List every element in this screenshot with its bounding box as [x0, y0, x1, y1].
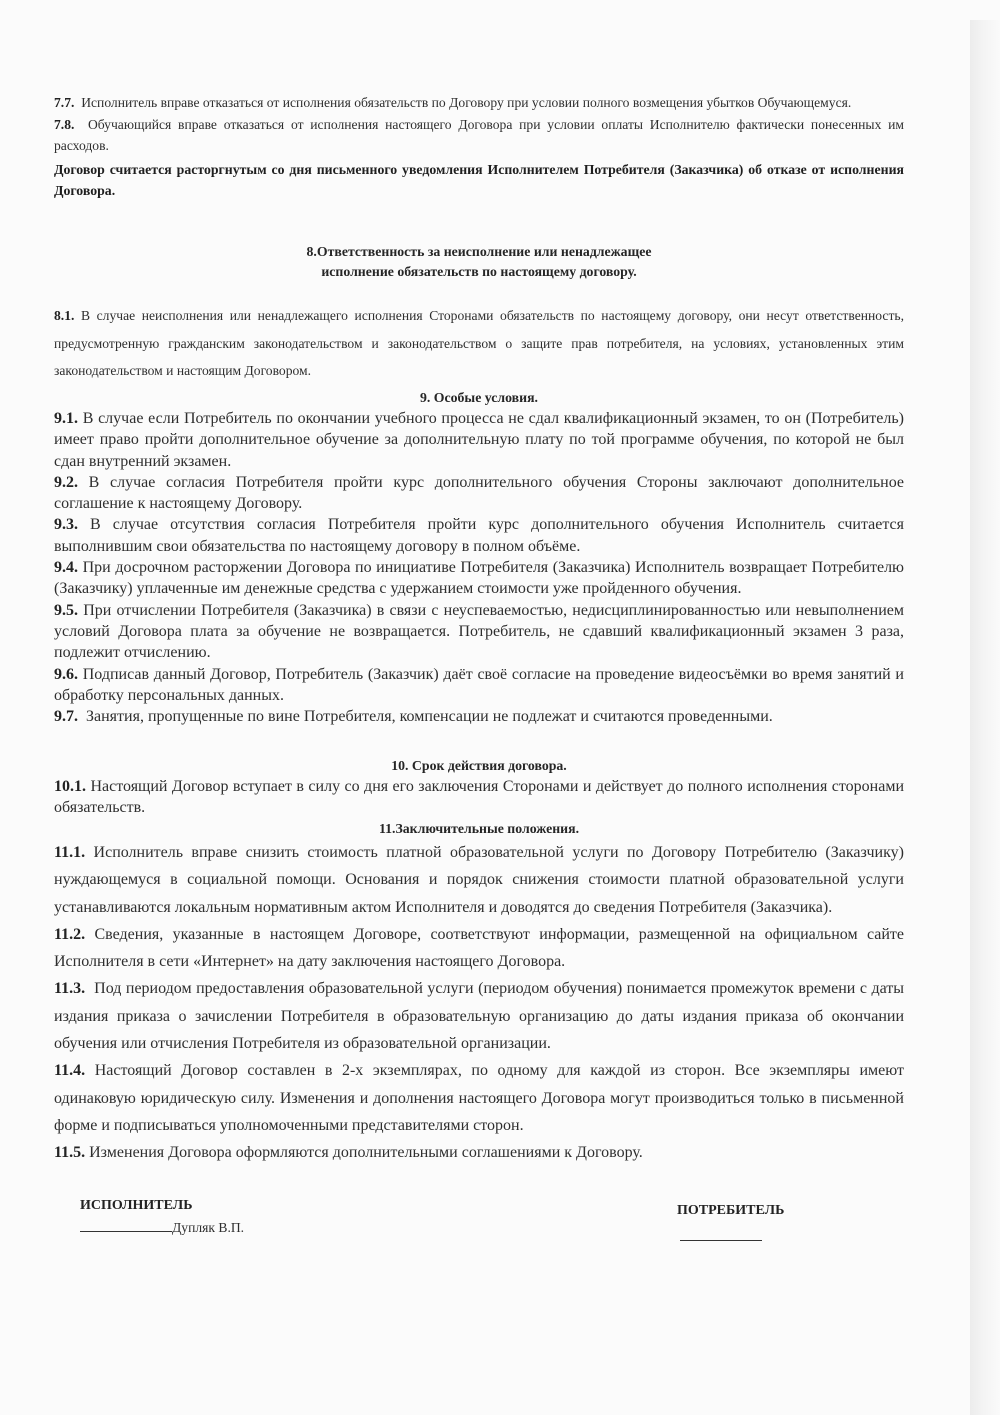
- consumer-title: ПОТРЕБИТЕЛЬ: [677, 1203, 784, 1219]
- scan-edge-shadow: [970, 20, 1000, 1415]
- consumer-signature-field[interactable]: [680, 1226, 762, 1241]
- clause-9-4: 9.4. При досрочном расторжении Договора …: [54, 557, 904, 600]
- section-9: 9. Особые условия. 9.1. В случае если По…: [54, 388, 904, 727]
- clause-text: При досрочном расторжении Договора по ин…: [54, 559, 904, 597]
- clause-text: Сведения, указанные в настоящем Договоре…: [54, 926, 904, 970]
- clause-9-6: 9.6. Подписав данный Договор, Потребител…: [54, 664, 904, 707]
- clause-11-2: 11.2. Сведения, указанные в настоящем До…: [54, 921, 904, 976]
- clause-11-5: 11.5. Изменения Договора оформляются доп…: [54, 1139, 904, 1166]
- clause-text: В случае неисполнения или ненадлежащего …: [54, 308, 904, 378]
- clause-number: 11.4.: [54, 1062, 85, 1079]
- executor-signature-line: Дупляк В.П.: [80, 1220, 244, 1236]
- clause-9-3: 9.3. В случае отсутствия согласия Потреб…: [54, 514, 904, 557]
- clause-number: 9.2.: [54, 474, 78, 491]
- clause-number: 11.3.: [54, 980, 85, 997]
- clause-text: Занятия, пропущенные по вине Потребителя…: [86, 708, 773, 725]
- clause-text: В случае отсутствия согласия Потребителя…: [54, 516, 904, 554]
- clause-number: 9.1.: [54, 410, 78, 427]
- clause-11-1: 11.1. Исполнитель вправе снизить стоимос…: [54, 839, 904, 921]
- section-11: 11.Заключительные положения. 11.1. Испол…: [54, 819, 904, 1167]
- clause-number: 8.1.: [54, 308, 74, 323]
- clause-11-3: 11.3. Под периодом предоставления образо…: [54, 975, 904, 1057]
- clause-number: 7.8.: [54, 117, 74, 132]
- clause-number: 9.6.: [54, 666, 78, 683]
- clause-10-1: 10.1. Настоящий Договор вступает в силу …: [54, 776, 904, 819]
- section-7: 7.7. Исполнитель вправе отказаться от ис…: [54, 92, 904, 202]
- clause-text: В случае если Потребитель по окончании у…: [54, 410, 904, 470]
- clause-text: Подписав данный Договор, Потребитель (За…: [54, 666, 904, 704]
- clause-text: Обучающийся вправе отказаться от исполне…: [54, 117, 904, 154]
- clause-number: 9.3.: [54, 516, 78, 533]
- clause-text: В случае согласия Потребителя пройти кур…: [54, 474, 904, 512]
- termination-note: Договор считается расторгнутым со дня пи…: [54, 159, 904, 202]
- clause-number: 7.7.: [54, 95, 74, 110]
- executor-title: ИСПОЛНИТЕЛЬ: [80, 1198, 192, 1214]
- clause-number: 11.5.: [54, 1144, 85, 1161]
- clause-9-1: 9.1. В случае если Потребитель по оконча…: [54, 408, 904, 472]
- clause-number: 10.1.: [54, 778, 86, 795]
- consumer-signature-line: [680, 1226, 762, 1245]
- clause-number: 9.7.: [54, 708, 78, 725]
- clause-9-7: 9.7. Занятия, пропущенные по вине Потреб…: [54, 706, 904, 727]
- clause-number: 9.4.: [54, 559, 78, 576]
- clause-text: Настоящий Договор составлен в 2-х экземп…: [54, 1062, 904, 1134]
- clause-9-2: 9.2. В случае согласия Потребителя пройт…: [54, 472, 904, 515]
- clause-text: Изменения Договора оформляются дополните…: [89, 1144, 643, 1161]
- clause-9-5: 9.5. При отчислении Потребителя (Заказчи…: [54, 600, 904, 664]
- clause-text: Исполнитель вправе снизить стоимость пла…: [54, 844, 904, 916]
- clause-text: Исполнитель вправе отказаться от исполне…: [81, 95, 851, 110]
- clause-number: 11.1.: [54, 844, 85, 861]
- section-11-heading: 11.Заключительные положения.: [54, 819, 904, 839]
- clause-11-4: 11.4. Настоящий Договор составлен в 2-х …: [54, 1057, 904, 1139]
- section-8-heading-line1: 8.Ответственность за неисполнение или не…: [54, 242, 904, 262]
- executor-signature-field[interactable]: [80, 1230, 172, 1232]
- clause-8-1: 8.1. В случае неисполнения или ненадлежа…: [54, 302, 904, 385]
- section-8-heading-line2: исполнение обязательств по настоящему до…: [54, 262, 904, 282]
- executor-name: Дупляк В.П.: [172, 1220, 244, 1235]
- clause-text: Настоящий Договор вступает в силу со дня…: [54, 778, 904, 816]
- section-8-body: 8.1. В случае неисполнения или ненадлежа…: [54, 302, 904, 385]
- section-8: 8.Ответственность за неисполнение или не…: [54, 242, 904, 282]
- clause-text: Под периодом предоставления образователь…: [54, 980, 904, 1052]
- section-10: 10. Срок действия договора. 10.1. Настоя…: [54, 756, 904, 819]
- clause-number: 11.2.: [54, 926, 85, 943]
- clause-7-8: 7.8. Обучающийся вправе отказаться от ис…: [54, 114, 904, 157]
- section-10-heading: 10. Срок действия договора.: [54, 756, 904, 776]
- section-9-heading: 9. Особые условия.: [54, 388, 904, 408]
- clause-number: 9.5.: [54, 602, 78, 619]
- document-page: 7.7. Исполнитель вправе отказаться от ис…: [0, 0, 1000, 1415]
- clause-7-7: 7.7. Исполнитель вправе отказаться от ис…: [54, 92, 904, 114]
- clause-text: При отчислении Потребителя (Заказчика) в…: [54, 602, 904, 662]
